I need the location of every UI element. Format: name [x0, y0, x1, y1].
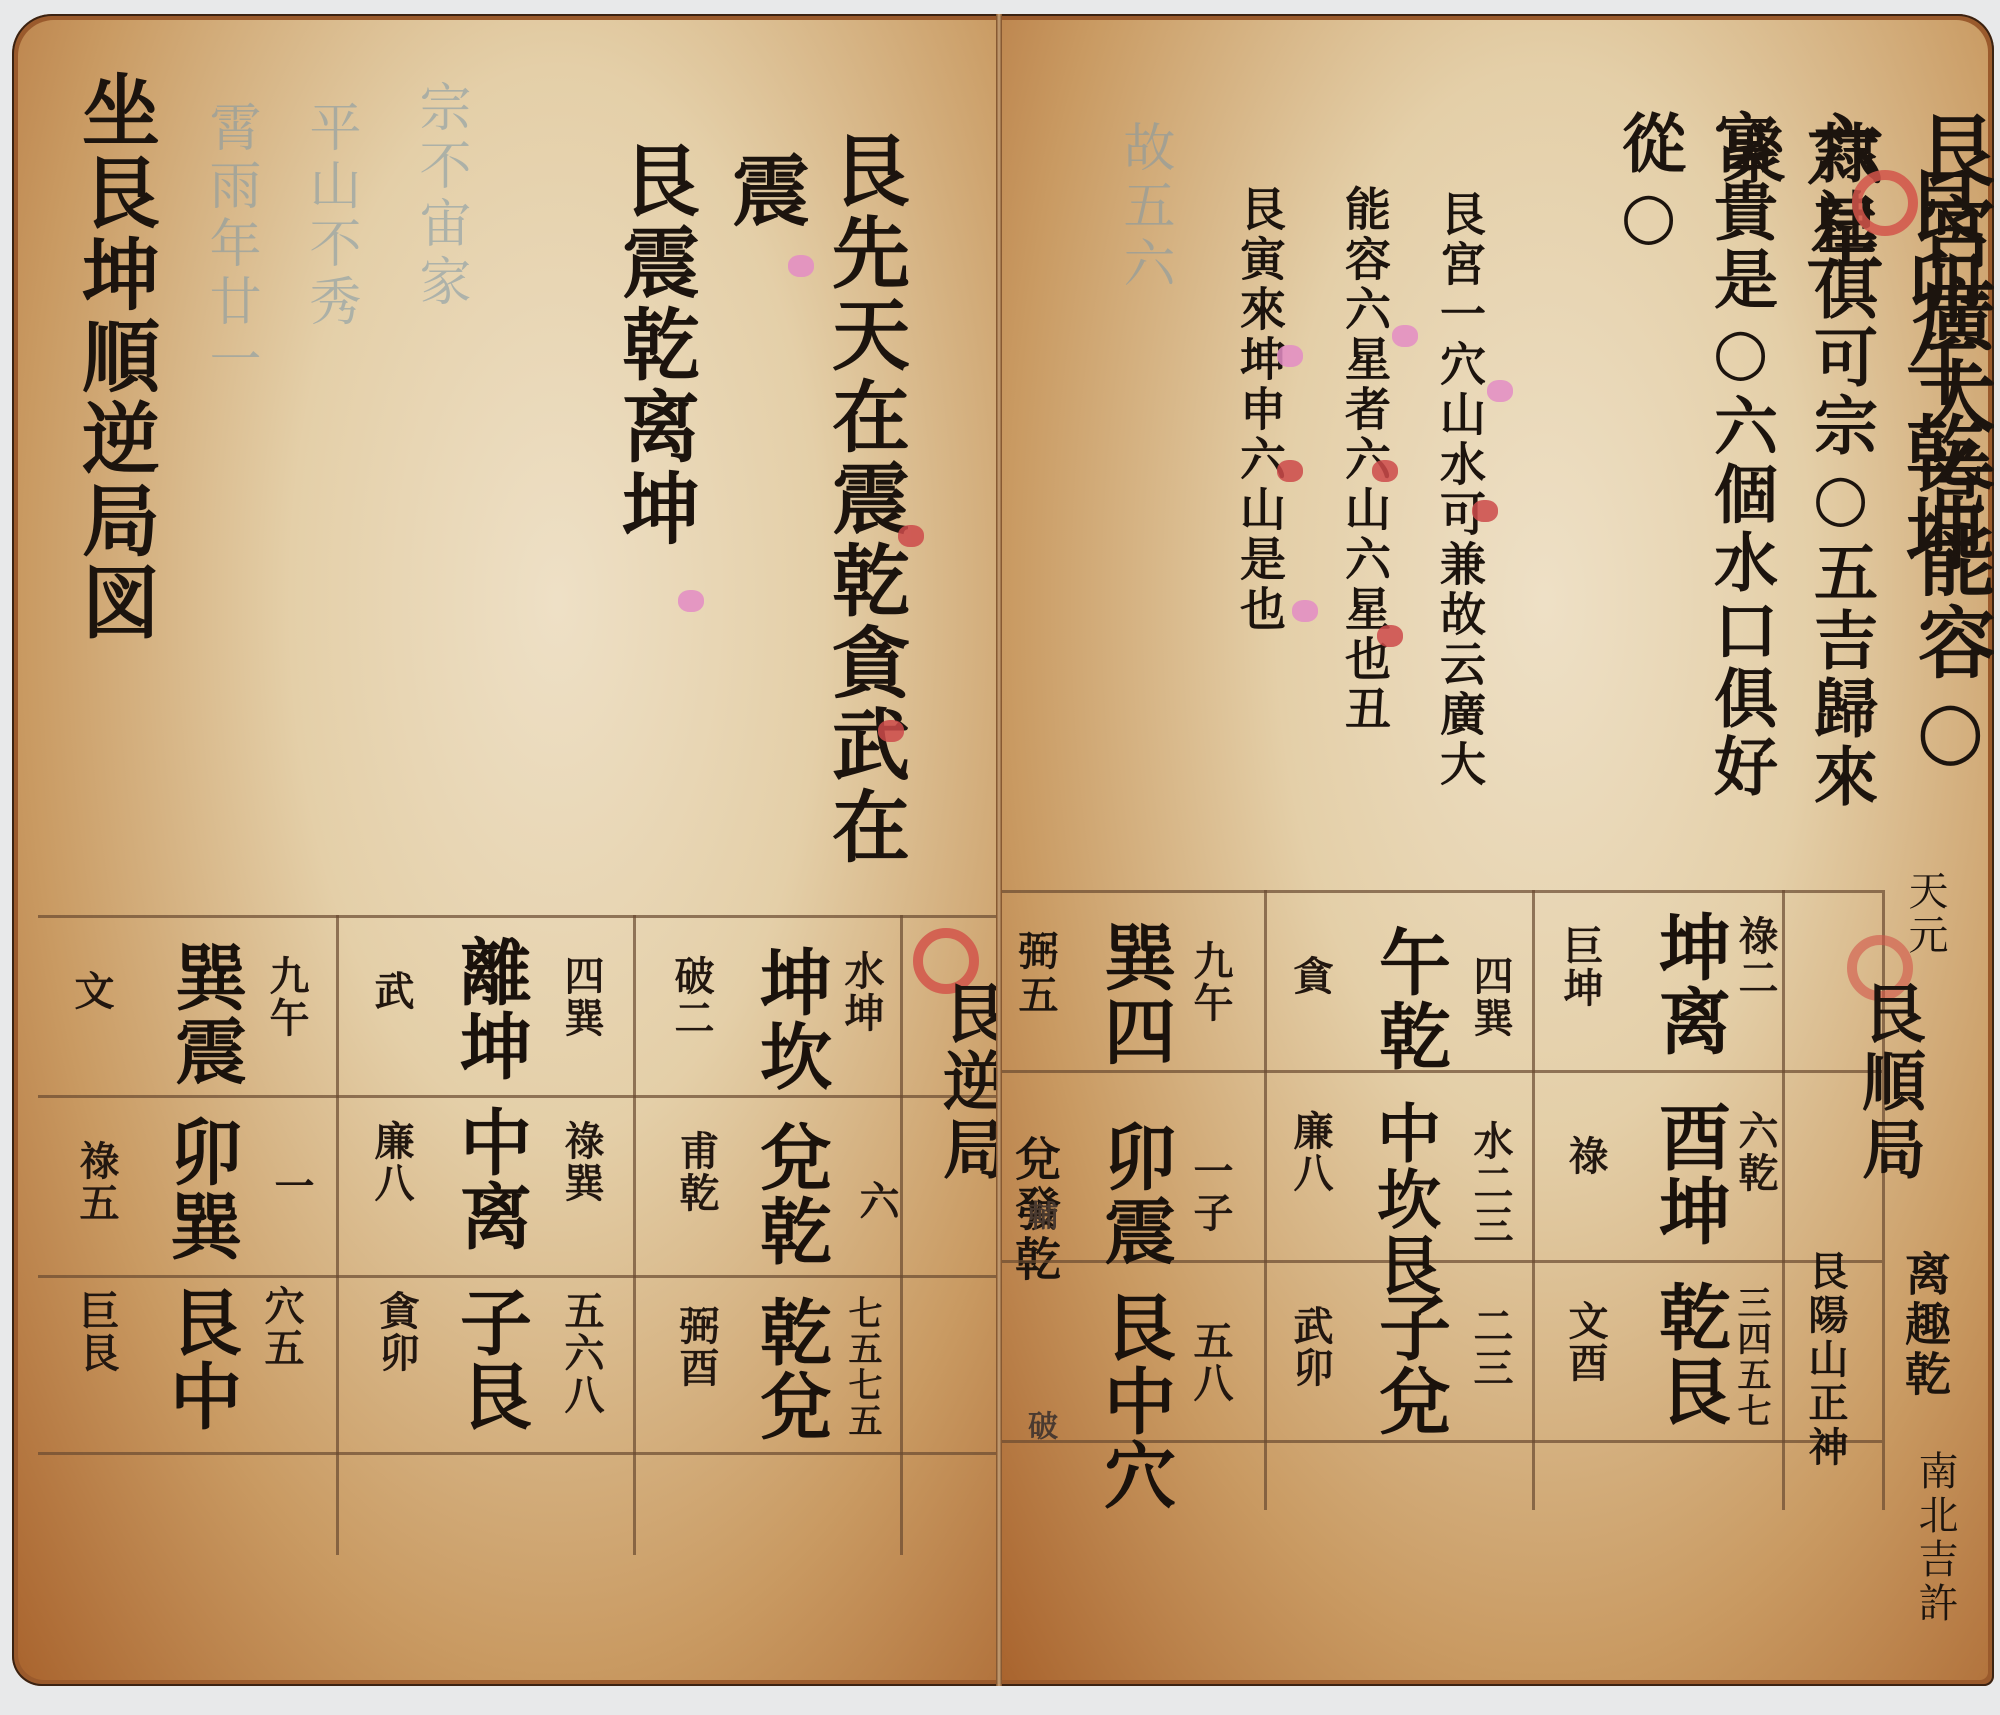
grid-cell-note: 五六八: [553, 1290, 610, 1470]
red-mark: [1372, 460, 1398, 482]
text-column: 艮先天在震乾貪武在: [808, 130, 920, 890]
grid-cell-main: 子兌: [1357, 1290, 1461, 1490]
grid-cell-note: 輔: [1017, 1200, 1061, 1300]
grid-cell-main: 兌乾: [738, 1120, 842, 1300]
grid-cell-note: 破: [1017, 1410, 1061, 1510]
grid-cell-main: 乾兌: [738, 1295, 842, 1475]
red-seal-circle: [1852, 170, 1918, 236]
side-label: 艮順局: [1842, 980, 1934, 1240]
grid-cell-note: 祿: [1557, 1135, 1614, 1215]
text-column: 艮寅來坤申六山是也: [1227, 185, 1293, 785]
pink-mark: [1292, 600, 1318, 622]
grid-cell-main: 艮中穴: [1082, 1290, 1186, 1550]
grid-cell-note: 武: [363, 970, 420, 1050]
grid-cell-note: 祿五: [68, 1140, 125, 1280]
grid-cell-main: 艮中: [148, 1285, 252, 1485]
grid-cell-main: 卯巽: [148, 1115, 252, 1295]
pink-mark: [678, 590, 704, 612]
grid-cell-note: 九午: [1182, 940, 1239, 1080]
red-mark: [1472, 500, 1498, 522]
grid-cell-note: 文酉: [1557, 1300, 1614, 1440]
grid-cell-note: 破二: [663, 955, 720, 1095]
grid-cell-note: 武卯: [1282, 1305, 1339, 1445]
grid-cell-main: 乾艮: [1637, 1280, 1741, 1480]
text-column: 能容六星者六山六星也丑: [1332, 185, 1398, 885]
text-column: 艮震乾离坤: [598, 140, 710, 640]
red-mark: [1377, 625, 1403, 647]
grid-cell-note: 五八: [1182, 1320, 1239, 1460]
grid-cell-note: 六乾: [1727, 1110, 1784, 1250]
manuscript-book: 霄雨年廿一 平山不秀 宗不宙家 坐艮坤順逆局図 艮先天在震乾貪武在 震 艮震乾离…: [12, 14, 1994, 1686]
grid-cell-note: 文: [63, 970, 120, 1050]
grid-cell-note: 巨坤: [1552, 925, 1609, 1065]
page-title: 坐艮坤順逆局図: [58, 70, 170, 770]
grid-cell-main: 子艮: [438, 1285, 542, 1485]
grid-cell-note: 穴五: [253, 1285, 310, 1425]
red-mark: [1277, 460, 1303, 482]
grid-cell-note: 廉八: [363, 1120, 420, 1260]
grid-cell-note: 祿二: [1727, 915, 1784, 1055]
grid-cell-note: 四巽: [553, 955, 610, 1095]
grid-cell-main: 坤坎: [738, 945, 842, 1105]
side-label: 离趣乾: [1892, 1250, 1958, 1450]
grid-cell-note: 貪: [1282, 955, 1339, 1055]
side-label: 艮陽山正神: [1797, 1250, 1854, 1530]
grid-cell-note: 水坤: [833, 950, 890, 1090]
grid-cell-note: 三四五七: [1727, 1285, 1776, 1465]
pink-mark: [1487, 380, 1513, 402]
bleed-through-text: 宗不宙家: [408, 80, 472, 680]
bleed-through-text: 霄雨年廿一: [198, 100, 262, 700]
grid-cell-note: 一: [263, 1165, 320, 1245]
grid-cell-main: 離坤: [438, 935, 542, 1115]
left-page: 霄雨年廿一 平山不秀 宗不宙家 坐艮坤順逆局図 艮先天在震乾貪武在 震 艮震乾离…: [18, 20, 998, 1680]
grid-cell-main: 酉坤: [1637, 1100, 1741, 1300]
right-page: 故五六 兌發乾 弼五 艮卯午乾坤 艮宮廣大巻能容○六星 隸社俱可宗○五吉歸來聚 …: [1002, 20, 1988, 1680]
pink-mark: [1277, 345, 1303, 367]
grid-cell-note: 廉八: [1282, 1110, 1339, 1250]
grid-cell-main: 坤离: [1637, 910, 1741, 1110]
margin-note: 弼五: [1007, 930, 1064, 1050]
grid-cell-note: 一子: [1182, 1150, 1239, 1290]
text-column: 富貴是○六個水口俱好從○: [1602, 110, 1786, 830]
pink-mark: [788, 255, 814, 277]
grid-cell-note: 甫乾: [668, 1130, 725, 1270]
grid-cell-note: 巨艮: [68, 1290, 125, 1430]
grid-cell-note: 弼酉: [668, 1305, 725, 1445]
grid-cell-note: 祿巽: [553, 1120, 610, 1260]
grid-cell-note: 六: [848, 1180, 905, 1260]
bleed-through-text: 平山不秀: [298, 100, 362, 700]
grid-cell-main: 巽震: [153, 940, 257, 1120]
grid-cell-note: 九午: [258, 955, 315, 1095]
red-mark: [898, 525, 924, 547]
grid-cell-main: 中离: [438, 1105, 542, 1285]
grid-cell-note: 四巽: [1462, 955, 1519, 1095]
pink-mark: [1392, 325, 1418, 347]
bleed-through-text: 故五六: [1112, 120, 1176, 420]
red-mark: [878, 720, 904, 742]
grid-cell-main: 午乾: [1357, 925, 1461, 1125]
grid-cell-note: 貪卯: [368, 1290, 425, 1430]
bottom-right-note: 南北吉許: [1907, 1450, 1964, 1650]
grid-cell-note: 二三: [1462, 1305, 1519, 1445]
grid-cell-note: 水二三: [1462, 1120, 1519, 1280]
grid-cell-main: 巽四: [1082, 920, 1186, 1120]
text-column: 艮宮一穴山水可兼故云廣大: [1427, 190, 1493, 890]
grid-cell-note: 七五七五: [838, 1295, 887, 1475]
text-column: 震: [708, 150, 820, 350]
